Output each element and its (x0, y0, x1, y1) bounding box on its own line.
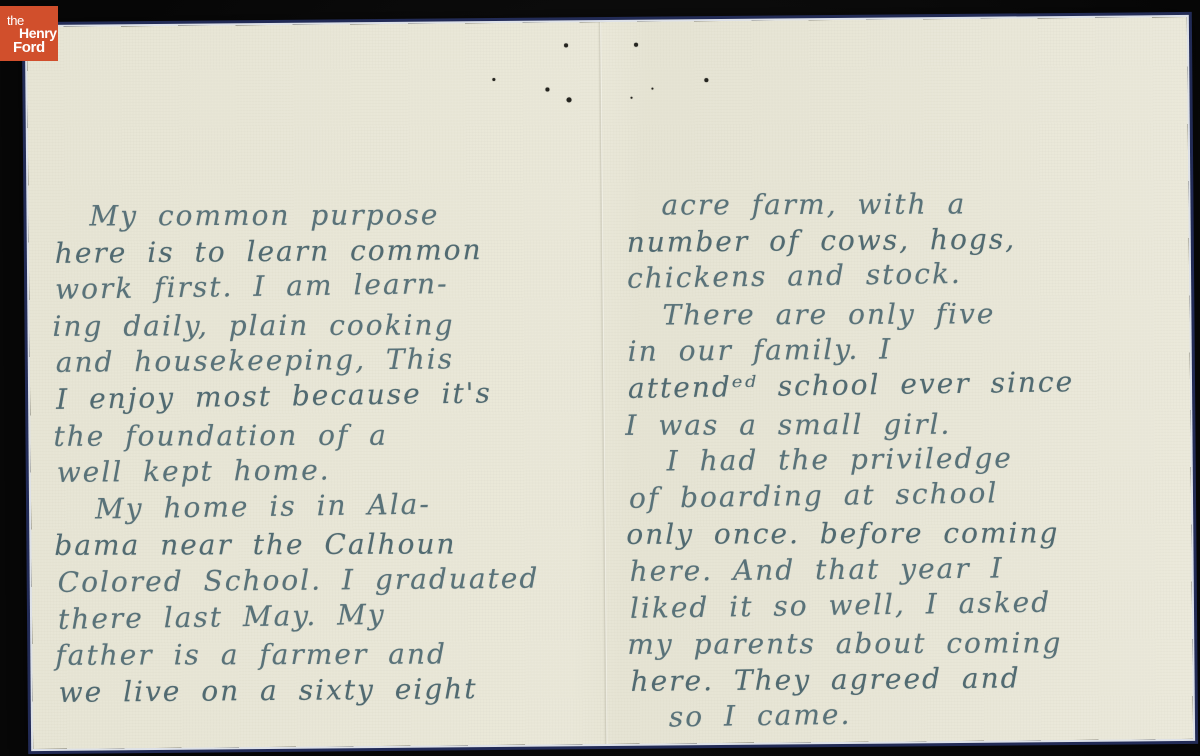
handwritten-line: attendᵉᵈ school ever since (628, 363, 1180, 408)
ink-speck (564, 43, 568, 47)
handwritten-line: my parents about coming (627, 625, 1179, 664)
handwritten-line: so I came. (669, 692, 1183, 736)
handwritten-line: acre farm, with a (661, 186, 1175, 224)
handwritten-line: bama near the Calhoun (54, 526, 606, 565)
handwritten-line: My common purpose (89, 197, 603, 235)
handwritten-line: there last May. My (58, 593, 610, 638)
ink-speck (651, 88, 653, 90)
ink-speck (634, 43, 638, 47)
ink-speck (492, 78, 495, 81)
handwritten-line: There are only five (662, 296, 1176, 334)
ink-speck (631, 97, 633, 99)
handwritten-line: of boarding at school (629, 472, 1181, 517)
handwritten-line: only once. before coming (626, 515, 1178, 554)
handwritten-line: I was a small girl. (625, 405, 1177, 444)
handwritten-line: ing daily, plain cooking (52, 307, 604, 346)
letter-page-right: acre farm, with anumber of cows, hogs,ch… (626, 183, 1183, 737)
handwritten-line: chickens and stock. (627, 253, 1179, 298)
handwritten-line: liked it so well, I asked (630, 582, 1182, 627)
handwritten-line: we live on a sixty eight (59, 670, 611, 711)
ink-speck (545, 88, 549, 92)
letter-paper: My common purposehere is to learn common… (27, 17, 1193, 749)
scan-background: My common purposehere is to learn common… (0, 0, 1200, 756)
handwritten-line: I enjoy most because it's (56, 374, 608, 419)
ink-specks (27, 17, 1187, 27)
handwritten-line: the foundation of a (53, 416, 605, 455)
ink-speck (704, 78, 708, 82)
ink-speck (567, 97, 572, 102)
henry-ford-logo: the Henry Ford (0, 6, 58, 61)
handwritten-line: father is a farmer and (55, 636, 607, 675)
letter-page-left: My common purposehere is to learn common… (54, 194, 610, 711)
logo-word-ford: Ford (13, 39, 45, 56)
handwritten-line: My home is in Ala- (95, 484, 609, 528)
handwritten-line: work first. I am learn- (55, 264, 607, 309)
